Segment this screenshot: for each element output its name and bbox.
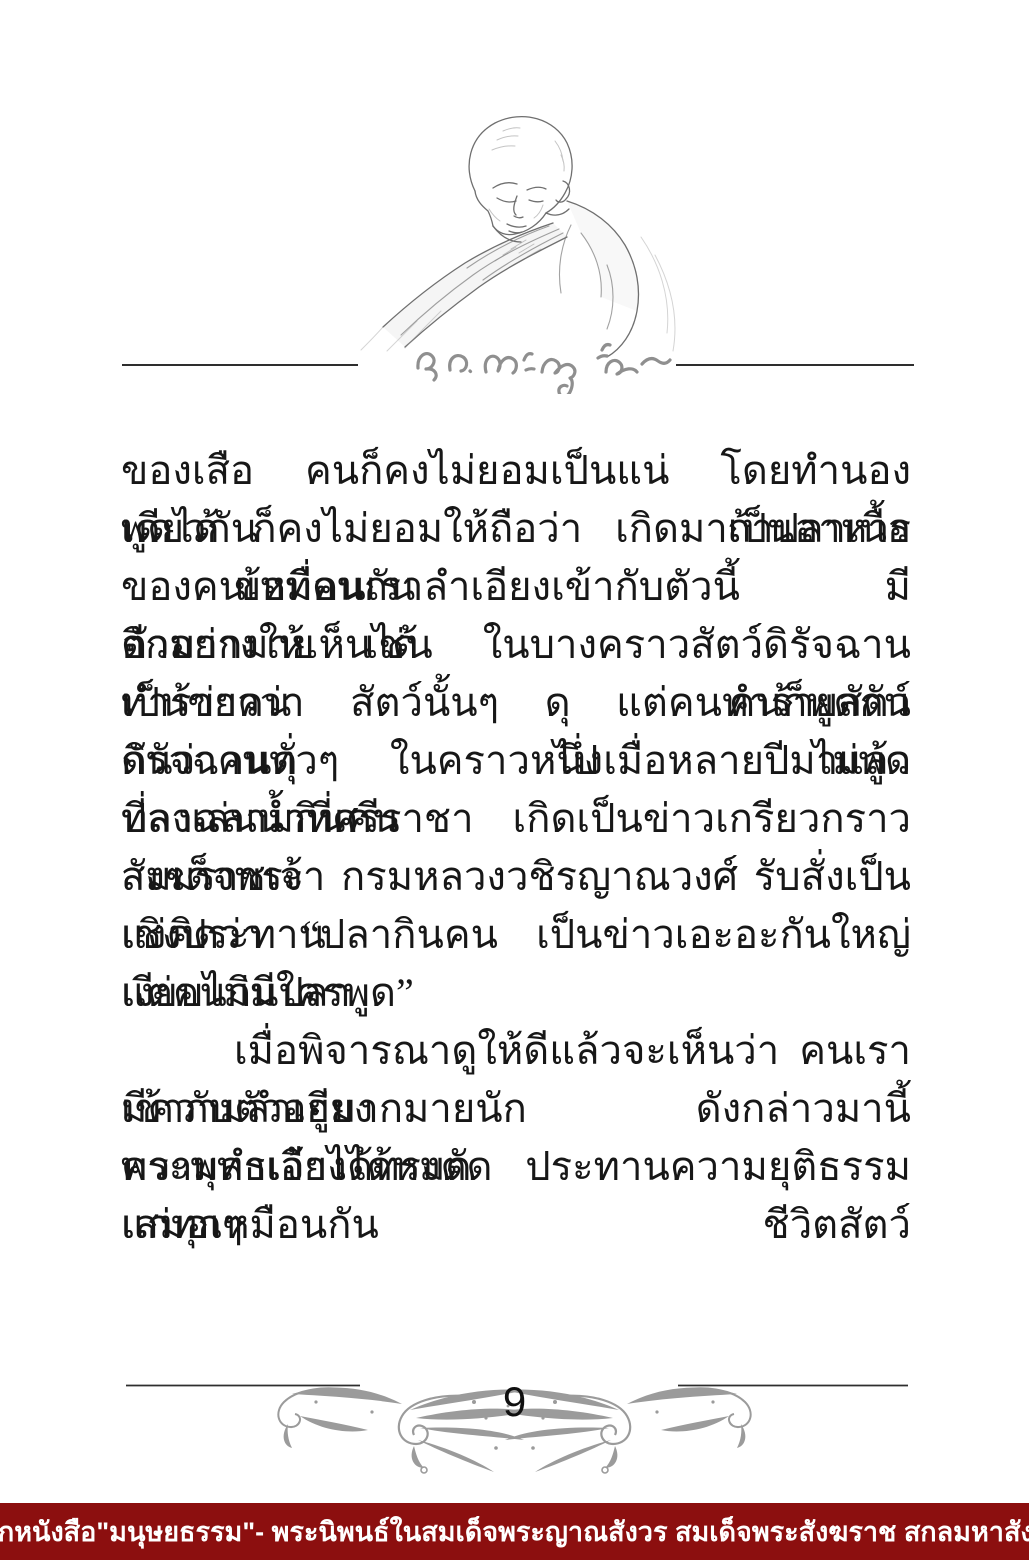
text-line: เข้ากับตัวอยู่มากมายนัก ดังกล่าวมานี้ พร… — [121, 1080, 911, 1138]
signature-icon — [406, 330, 674, 394]
text-line: สังฆราชเจ้า กรมหลวงวชิรญาณวงศ์ รับสั่งเป… — [121, 848, 911, 906]
monk-sketch-image — [355, 103, 715, 358]
signature-rule-right — [676, 364, 914, 366]
monk-sketch-icon — [355, 103, 715, 358]
text-line: พูดได้ ก็คงไม่ยอมให้ถือว่า เกิดมาเป็นอาห… — [121, 500, 911, 558]
text-line: ของเสือ คนก็คงไม่ยอมเป็นแน่ โดยทำนองเดีย… — [121, 442, 911, 500]
book-page: ของเสือ คนก็คงไม่ยอมเป็นแน่ โดยทำนองเดีย… — [0, 0, 1029, 1560]
signature-handwriting — [406, 330, 674, 394]
text-line: ที่ลงเล่นน้ำที่ศรีราชา เกิดเป็นข่าวเกรีย… — [121, 790, 911, 848]
text-line: กันว่าคนดุ ในคราวหนึ่งเมื่อหลายปีมาแล้ว … — [121, 732, 911, 790]
text-line: ข้อที่คนเราลำเอียงเข้ากับตัวนี้ มีตัวอย่… — [121, 558, 911, 616]
source-credit-text: บางส่วนจากหนังสือ"มนุษยธรรม"- พระนิพนธ์ใ… — [0, 1510, 1029, 1553]
page-body: ของเสือ คนก็คงไม่ยอมเป็นแน่ โดยทำนองเดีย… — [121, 442, 911, 1254]
text-line: เงียบไม่มีใครพูด” — [121, 964, 911, 1022]
text-line: ความลำเอียงได้หมด ประทานความยุติธรรมแก่ท… — [121, 1138, 911, 1196]
signature-rule-left — [122, 364, 358, 366]
text-line: แง่คิดว่า “ปลากินคน เป็นข่าวเอะอะกันใหญ่… — [121, 906, 911, 964]
page-number: 9 — [0, 1378, 1029, 1426]
source-credit-bar: บางส่วนจากหนังสือ"มนุษยธรรม"- พระนิพนธ์ใ… — [0, 1503, 1029, 1560]
text-line: อีกมากมาย เช่น ในบางคราวสัตว์ดิรัจฉานทำร… — [121, 616, 911, 674]
text-line: เมื่อพิจารณาดูให้ดีแล้วจะเห็นว่า คนเรามี… — [121, 1022, 911, 1080]
text-line: เป็นข่าวว่า สัตว์นั้นๆ ดุ แต่คนทำร้ายสัต… — [121, 674, 911, 732]
